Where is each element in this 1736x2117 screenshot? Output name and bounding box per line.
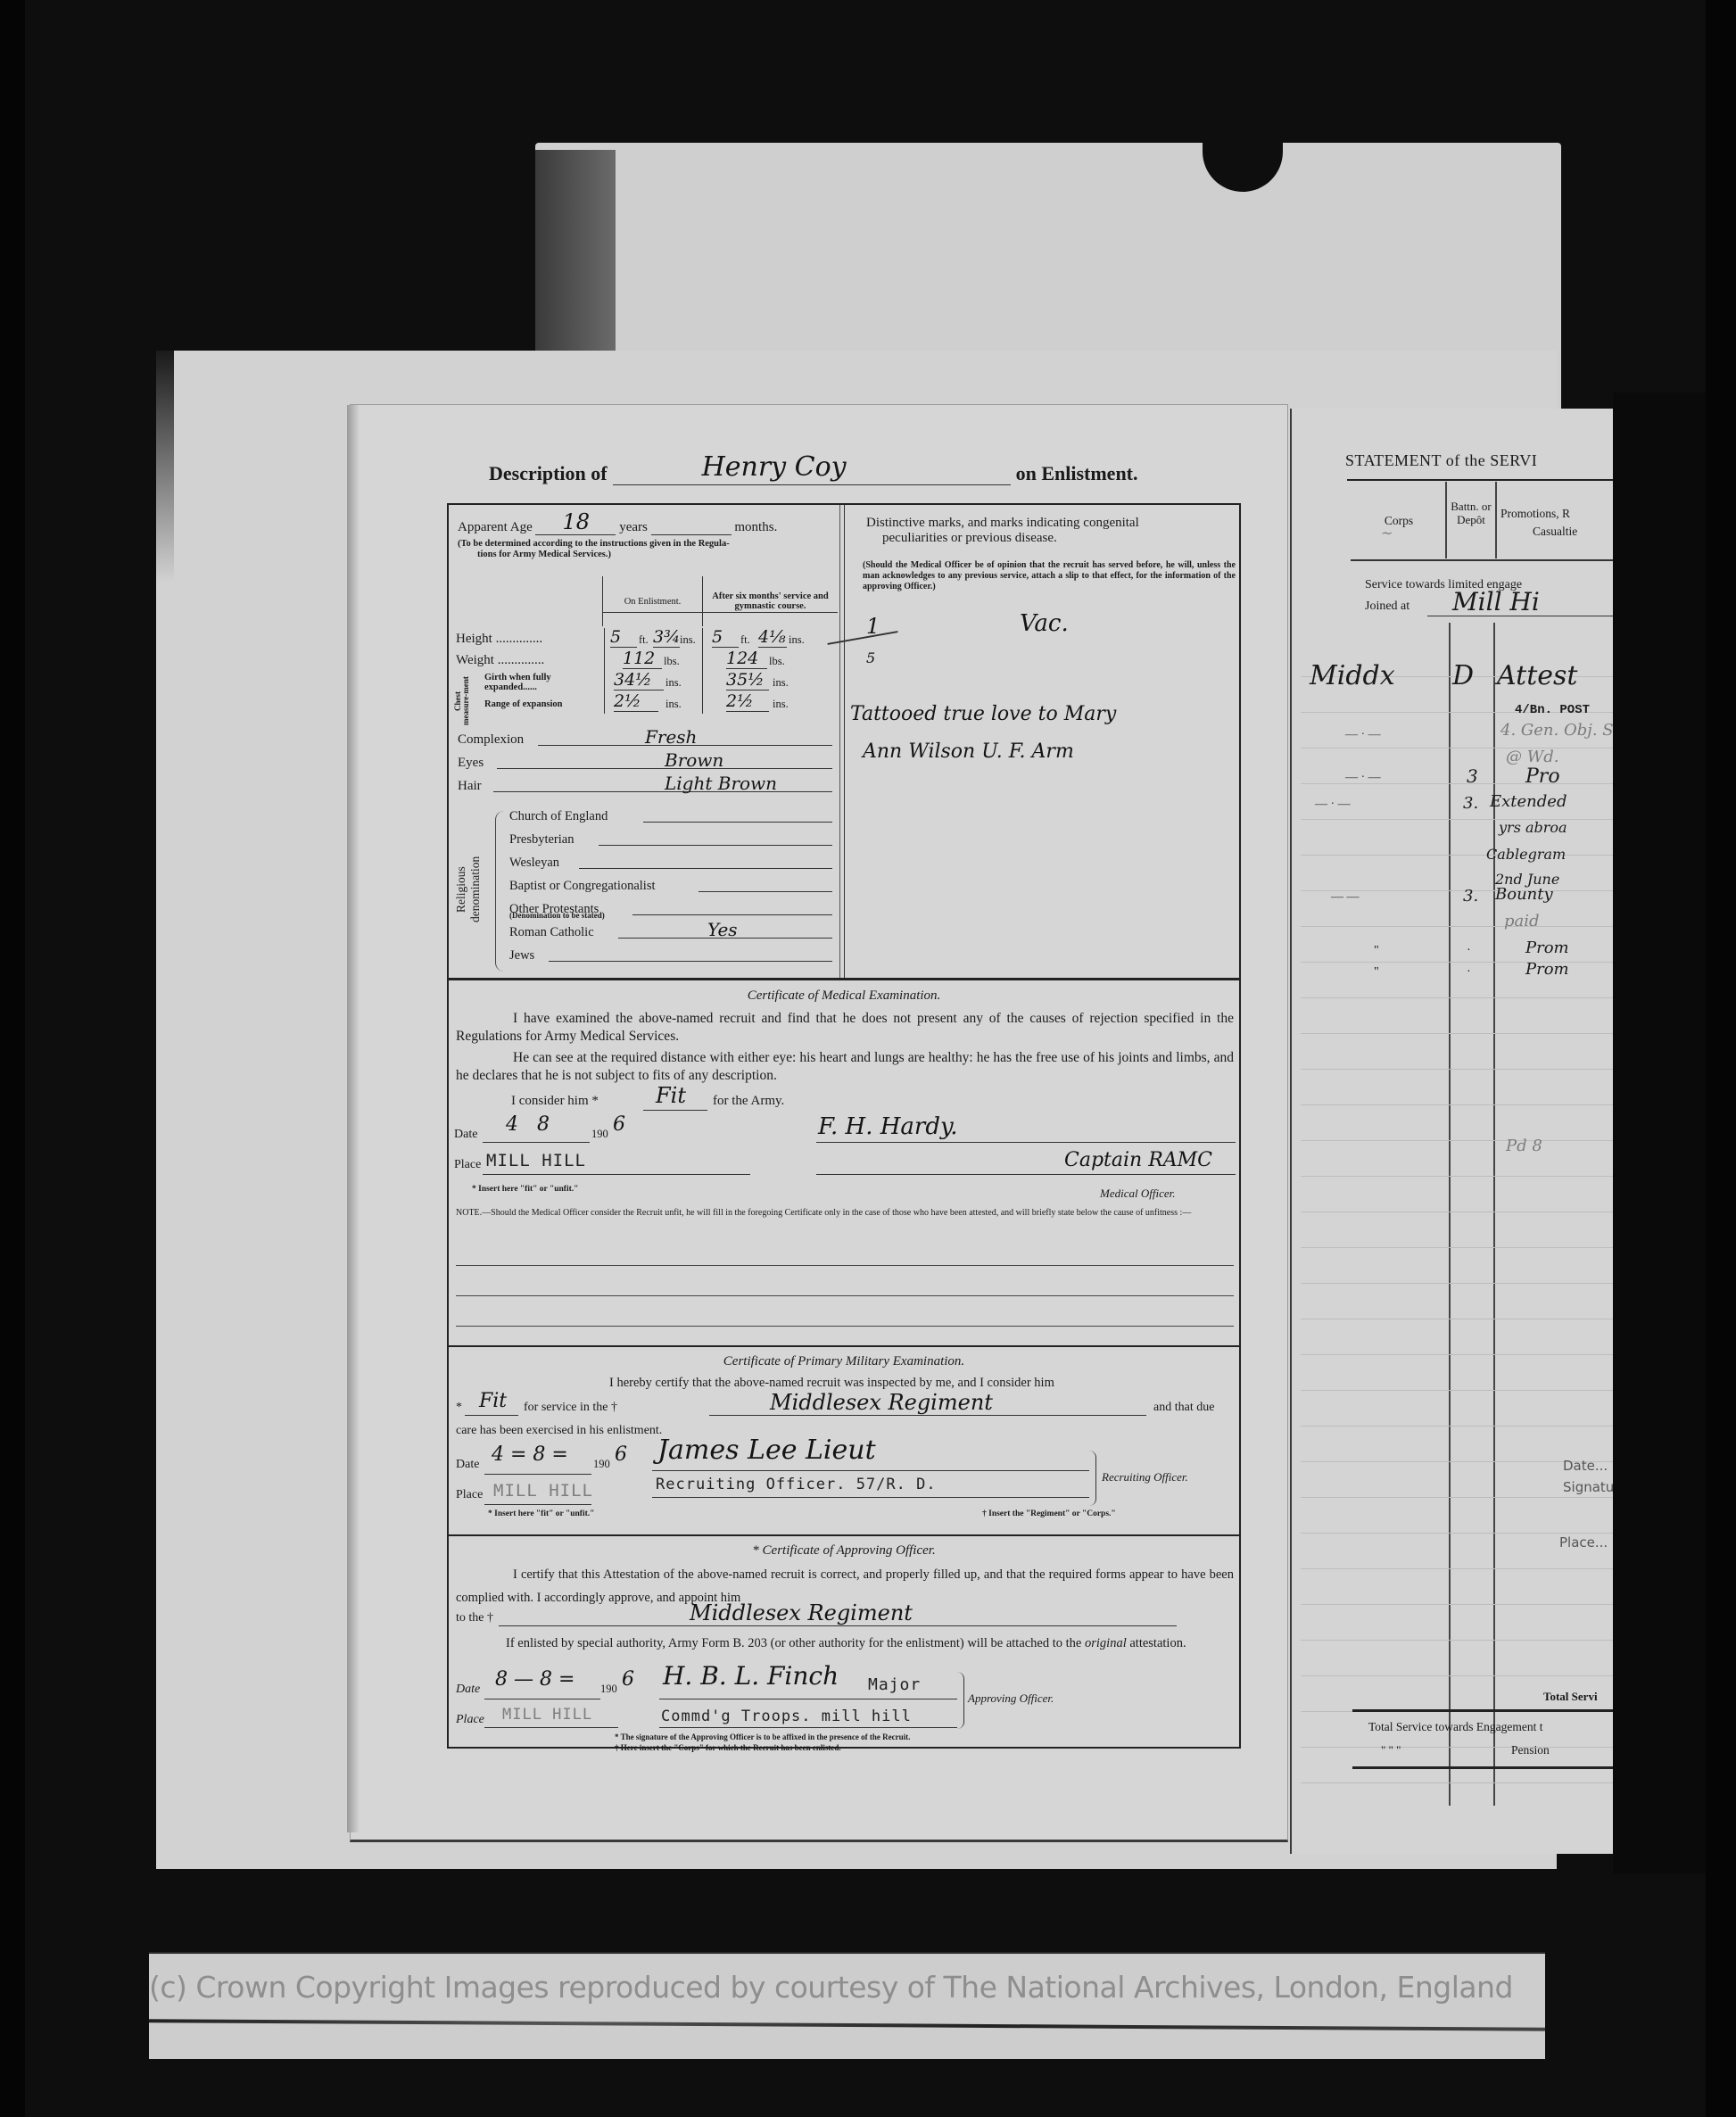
- entry-battn: 3: [1467, 765, 1478, 787]
- expansion-enlistment: 2½: [614, 691, 641, 711]
- regiment-value: Middlesex Regiment: [690, 1600, 913, 1625]
- ruled-line: [1301, 1497, 1613, 1498]
- height-ft-value: 5: [610, 627, 621, 647]
- recruiting-officer-label: Recruiting Officer.: [1102, 1470, 1188, 1484]
- paper-curl: [347, 405, 360, 1832]
- divider: [1351, 559, 1615, 561]
- entry-text: 4/Bn. POST: [1515, 703, 1590, 717]
- height-ft: 5: [610, 627, 637, 648]
- entry-battn: ·: [1467, 965, 1471, 980]
- medical-officer-signature: F. H. Hardy.: [818, 1113, 957, 1140]
- signature-line: [816, 1142, 1236, 1143]
- date-line: [484, 1474, 591, 1475]
- girth-enlistment: 34½: [614, 670, 652, 690]
- place-line: [484, 1727, 618, 1728]
- tattoo-line-2: Ann Wilson U. F. Arm: [863, 740, 1074, 763]
- religion-line: [579, 868, 832, 869]
- copyright-strip: (c) Crown Copyright Images reproduced by…: [149, 1952, 1545, 2059]
- brace: [957, 1672, 964, 1729]
- girth-after-cell: 35½ ins.: [702, 671, 838, 692]
- unfitness-line: [456, 1265, 1234, 1266]
- joined-at-value: Mill Hi: [1452, 587, 1540, 616]
- entry-corps: — —: [1331, 890, 1360, 905]
- complexion-value: Fresh: [645, 726, 697, 748]
- regiment-line: [499, 1625, 1177, 1626]
- ft-label: ft.: [639, 633, 649, 647]
- medical-para-text: He can see at the required distance with…: [456, 1050, 1234, 1083]
- entry-text: Attest: [1497, 660, 1577, 691]
- hair-label: Hair: [458, 779, 482, 794]
- age-note-line: (To be determined according to the instr…: [458, 539, 832, 550]
- entry-corps: Middx: [1310, 660, 1395, 691]
- religion-option: Wesleyan: [509, 850, 832, 873]
- medical-certificate: Certificate of Medical Examination. I ha…: [449, 983, 1239, 1347]
- girth-label: Girth when fully expanded......: [484, 673, 596, 692]
- ruled-line: [1301, 997, 1613, 998]
- height-ins: 4⅛: [758, 627, 787, 648]
- religion-line: [599, 845, 832, 846]
- date-line: [483, 1142, 590, 1143]
- place-label: Place: [454, 1158, 481, 1172]
- ruled-line: [1301, 1140, 1613, 1141]
- brace: [1089, 1451, 1096, 1506]
- expansion-after: 2½: [726, 691, 754, 711]
- entry-text: Cablegram: [1486, 846, 1566, 863]
- unfitness-line: [456, 1295, 1234, 1296]
- weight-after: 124: [726, 649, 758, 668]
- religion-line: [549, 961, 832, 962]
- consider-line: [643, 1110, 707, 1111]
- ruled-line: [1301, 1568, 1613, 1569]
- girth-enlistment-cell: 34½ ins.: [604, 671, 702, 692]
- girth-after: 35½: [726, 670, 765, 690]
- ruled-line: [1301, 1069, 1613, 1070]
- date-label: Date: [454, 1128, 477, 1142]
- header-rule: [602, 612, 838, 613]
- ruled-line: [1301, 1176, 1613, 1177]
- lbs-label: lbs.: [769, 655, 785, 668]
- approving-cert-title: * Certificate of Approving Officer.: [449, 1543, 1239, 1559]
- approving-para-text: I certify that this Attestation of the a…: [456, 1567, 1234, 1605]
- ruled-line: [1301, 1247, 1613, 1248]
- place-value: MILL HILL: [502, 1706, 592, 1724]
- marks-title-line: Distinctive marks, and marks indicating …: [866, 516, 1232, 531]
- recruiting-officer-signature: James Lee Lieut: [657, 1435, 876, 1466]
- religion-option: Baptist or Congregationalist: [509, 873, 832, 897]
- pension-ditto: " " ": [1381, 1743, 1401, 1757]
- stamp-signature: Signatu: [1563, 1479, 1614, 1495]
- attestation-word: attestation.: [1129, 1636, 1186, 1650]
- approving-footnote: † Here insert the "Corps" for which the …: [615, 1743, 841, 1752]
- entry-corps: — · —: [1345, 771, 1381, 785]
- months-label: months.: [734, 520, 777, 534]
- religious-denomination-label: Religious denomination: [454, 836, 492, 943]
- place-line: [483, 1174, 750, 1175]
- rank-line: [816, 1174, 1236, 1175]
- religion-label: Church of England: [509, 809, 608, 824]
- service-statement-page: STATEMENT of the SERVI Corps ~ Battn. or…: [1290, 409, 1613, 1854]
- entry-corps: — · —: [1315, 798, 1351, 812]
- medical-officer-label: Medical Officer.: [1100, 1187, 1175, 1201]
- place-label: Place: [456, 1488, 483, 1502]
- ruled-line: [1301, 1426, 1613, 1426]
- year-prefix: 190: [591, 1128, 608, 1141]
- girth-value: 34½: [614, 670, 664, 691]
- ft-label: ft.: [740, 633, 750, 647]
- expansion-enlistment-cell: 2½ ins.: [604, 692, 702, 714]
- divider: [1352, 1709, 1615, 1712]
- page-title: Description of Henry Coy on Enlistment.: [489, 459, 1203, 485]
- height-ins-value: 4⅛: [758, 627, 786, 647]
- age-months-field: [651, 519, 732, 535]
- recruiting-officer-stamp: Recruiting Officer. 57/R. D.: [656, 1476, 937, 1493]
- col-header-battn: Battn. or Depôt: [1447, 500, 1495, 526]
- stamp-place: Place...: [1559, 1534, 1608, 1551]
- weight-value: 112: [623, 649, 662, 669]
- consider-prefix: I consider him *: [511, 1094, 599, 1109]
- fit-prefix: *: [456, 1401, 462, 1415]
- entry-text: Pro: [1525, 765, 1560, 788]
- ruled-line: [1301, 855, 1613, 856]
- entry-text: @ Wd.: [1506, 748, 1558, 766]
- religion-label: Wesleyan: [509, 856, 559, 871]
- height-enlistment-cell: 5 ft. 3¾ ins.: [604, 628, 702, 649]
- vac-mark: Vac.: [1020, 610, 1069, 637]
- weight-enlistment: 112: [623, 649, 655, 668]
- description-on-enlistment-page: Description of Henry Coy on Enlistment. …: [350, 404, 1288, 1842]
- insert-fit-note: * Insert here "fit" or "unfit.": [472, 1185, 578, 1194]
- medical-para-2: He can see at the required distance with…: [456, 1049, 1234, 1085]
- signature-line: [659, 1699, 957, 1699]
- unfit-note: NOTE.—Should the Medical Officer conside…: [456, 1208, 1234, 1219]
- place-value: MILL HILL: [493, 1481, 593, 1501]
- date-label: Date: [456, 1458, 479, 1472]
- weight-after-cell: 124 lbs.: [702, 649, 838, 671]
- regiment-line: [709, 1415, 1146, 1416]
- torn-edge: [149, 2019, 1545, 2031]
- year-digit: 6: [622, 1668, 634, 1691]
- ruled-line: [1301, 1747, 1613, 1748]
- ruled-line: [1301, 748, 1613, 748]
- ruled-line: [1301, 1283, 1613, 1284]
- backing-shade: [156, 351, 174, 583]
- religion-sub: (Denomination to be stated): [509, 911, 605, 920]
- approving-officer-rank: Major: [868, 1675, 921, 1694]
- paper-notch: [1203, 143, 1283, 192]
- entry-text: 4. Gen. Obj. S: [1500, 721, 1614, 740]
- entry-corps: — · —: [1345, 728, 1381, 742]
- religion-line: [699, 891, 832, 892]
- approving-officer-certificate: * Certificate of Approving Officer. I ce…: [449, 1538, 1239, 1749]
- column-rule: [1449, 623, 1451, 1806]
- approving-para-2: If enlisted by special authority, Army F…: [456, 1633, 1234, 1654]
- medical-officer-rank: Captain RAMC: [1064, 1149, 1212, 1171]
- hair-value: Light Brown: [665, 773, 777, 794]
- divider: [1347, 479, 1615, 481]
- medical-para-text: I have examined the above-named recruit …: [456, 1011, 1234, 1044]
- due-care-label: and that due: [1153, 1401, 1214, 1415]
- entry-corps: ": [1374, 965, 1379, 980]
- medical-cert-title: Certificate of Medical Examination.: [449, 988, 1239, 1004]
- place-line: [484, 1504, 591, 1505]
- expansion-row: Range of expansion 2½ ins. 2½ ins.: [456, 692, 839, 714]
- height-ins: 3¾: [653, 627, 680, 648]
- eyes-row: Eyes Brown: [458, 751, 832, 773]
- ins-label: ins.: [773, 698, 789, 711]
- eyes-value: Brown: [665, 749, 723, 771]
- military-cert-line: I hereby certify that the above-named re…: [609, 1376, 1054, 1391]
- expansion-label: Range of expansion: [484, 699, 563, 709]
- title-prefix: Description of: [489, 462, 608, 485]
- age-years-field: 18: [535, 519, 616, 535]
- hair-row: Hair Light Brown: [458, 774, 832, 796]
- pension-label: Pension: [1511, 1743, 1550, 1757]
- ins-label: ins.: [789, 633, 805, 647]
- entry-text: Bounty: [1495, 885, 1553, 904]
- ruled-line: [1301, 1782, 1613, 1783]
- service-label: for service in the †: [524, 1401, 617, 1415]
- weight-row: Weight .............. 112 lbs. 124 lbs.: [456, 649, 839, 671]
- age-years-value: 18: [562, 509, 590, 534]
- copyright-watermark: (c) Crown Copyright Images reproduced by…: [149, 1970, 1545, 2005]
- scan-edge-right-inner: [1613, 393, 1706, 1873]
- expansion-after-cell: 2½ ins.: [702, 692, 838, 714]
- command-line: [659, 1727, 957, 1728]
- height-ft: 5: [712, 627, 739, 648]
- entry-battn: D: [1452, 660, 1474, 691]
- statement-title: STATEMENT of the SERVI: [1345, 451, 1537, 470]
- entry-text: yrs abroa: [1499, 819, 1567, 836]
- year-prefix: 190: [593, 1458, 610, 1471]
- ruled-line: [1301, 1104, 1613, 1105]
- brace: [495, 811, 504, 972]
- entry-battn: 3.: [1463, 887, 1478, 906]
- to-the-label: to the †: [456, 1611, 493, 1625]
- physical-description-section: Apparent Age 18 years months. (To be det…: [449, 505, 1239, 980]
- height-label: Height ..............: [456, 632, 542, 647]
- hair-line: [493, 791, 832, 792]
- consider-suffix: for the Army.: [713, 1094, 784, 1109]
- col-on-enlistment: On Enlistment.: [602, 576, 702, 626]
- col-header-promotions: Promotions, R: [1500, 507, 1616, 520]
- marks-note: (Should the Medical Officer be of opinio…: [863, 560, 1236, 592]
- religion-line: [632, 914, 832, 915]
- fit-line: [465, 1415, 518, 1416]
- recruit-name: Henry Coy: [702, 451, 847, 483]
- religion-option: Other Protestants (Denomination to be st…: [509, 897, 832, 920]
- approving-officer-label: Approving Officer.: [968, 1691, 1054, 1706]
- fit-value: Fit: [479, 1390, 507, 1412]
- ruled-line: [1301, 1675, 1613, 1676]
- ruled-line: [1301, 1604, 1613, 1605]
- consider-value: Fit: [656, 1083, 686, 1108]
- religion-option: Presbyterian: [509, 827, 832, 850]
- column-rule: [1495, 482, 1497, 558]
- form-box: Apparent Age 18 years months. (To be det…: [447, 503, 1241, 1749]
- entry-battn: 3.: [1463, 794, 1478, 813]
- girth-value: 35½: [726, 670, 769, 691]
- scan-edge-right: [1706, 0, 1736, 2117]
- approving-para-text: If enlisted by special authority, Army F…: [506, 1636, 1081, 1650]
- religion-label: Roman Catholic: [509, 925, 594, 940]
- religion-line: [643, 822, 832, 823]
- insert-regiment-note: † Insert the "Regiment" or "Corps.": [982, 1509, 1116, 1518]
- scan-edge-left: [0, 0, 25, 2117]
- marks-title: Distinctive marks, and marks indicating …: [866, 516, 1232, 546]
- year-digit: 6: [615, 1443, 627, 1466]
- faint-note: Pd 8: [1506, 1137, 1542, 1155]
- approving-footnote: * The signature of the Approving Officer…: [615, 1732, 910, 1741]
- date-label: Date: [456, 1683, 480, 1697]
- physical-measurements: Apparent Age 18 years months. (To be det…: [449, 505, 845, 978]
- approving-officer-signature: H. B. L. Finch: [663, 1661, 839, 1691]
- joined-at-label: Joined at: [1365, 600, 1409, 614]
- year-digit: 6: [613, 1113, 625, 1136]
- original-word: original: [1085, 1636, 1127, 1650]
- approving-officer-command: Commd'g Troops. mill hill: [661, 1708, 912, 1725]
- date-line: [484, 1699, 600, 1699]
- entry-corps: ": [1374, 944, 1379, 958]
- total-service-label: Total Servi: [1543, 1690, 1598, 1704]
- regiment-value: Middlesex Regiment: [770, 1390, 993, 1415]
- height-ins-value: 3¾: [653, 627, 681, 647]
- ruled-line: [1301, 1354, 1613, 1355]
- apparent-age-label: Apparent Age: [458, 520, 533, 534]
- measurement-rows: Height .............. 5 ft. 3¾ ins. 5 ft…: [456, 628, 839, 714]
- ins-label: ins.: [665, 676, 682, 690]
- lbs-label: lbs.: [664, 655, 680, 668]
- weight-enlistment-cell: 112 lbs.: [604, 649, 702, 671]
- weight-label: Weight ..............: [456, 653, 544, 668]
- religion-label: Presbyterian: [509, 832, 574, 848]
- ins-label: ins.: [773, 676, 789, 690]
- entry-text: Prom: [1525, 960, 1569, 979]
- expansion-value: 2½: [726, 691, 769, 712]
- title-suffix: on Enlistment.: [1016, 462, 1138, 485]
- recruit-name-field: Henry Coy: [613, 459, 1011, 485]
- ruled-line: [1301, 1211, 1613, 1212]
- signature-line: [652, 1470, 1089, 1471]
- fraction-bottom: 5: [866, 649, 875, 666]
- ruled-line: [1301, 1533, 1613, 1534]
- date-value: 4 = 8 =: [492, 1443, 568, 1466]
- ruled-line: [1301, 1640, 1613, 1641]
- religion-option: Jews: [509, 943, 832, 966]
- expansion-value: 2½: [614, 691, 658, 712]
- religion-value: Yes: [707, 919, 738, 940]
- year-prefix: 190: [600, 1683, 617, 1696]
- col-header-casualties: Casualtie: [1533, 525, 1622, 538]
- military-cert-line: care has been exercised in his enlistmen…: [456, 1424, 662, 1438]
- ruled-line: [1301, 1033, 1613, 1034]
- stamp-date: Date...: [1563, 1458, 1608, 1474]
- girth-row: Girth when fully expanded...... 34½ ins.…: [456, 671, 839, 692]
- entry-text: Prom: [1525, 939, 1569, 957]
- religion-option-selected: Roman Catholic Yes: [509, 920, 832, 943]
- fraction-top: 1: [866, 614, 880, 639]
- age-note: (To be determined according to the instr…: [458, 539, 832, 560]
- tattoo-line-1: Tattooed true love to Mary: [850, 703, 1116, 725]
- corps-mark: ~: [1381, 525, 1393, 542]
- religion-label: Baptist or Congregationalist: [509, 879, 656, 894]
- date-value: 8 — 8 =: [495, 1668, 575, 1691]
- ruled-line: [1301, 1390, 1613, 1391]
- divider: [1352, 1766, 1615, 1769]
- military-examination-certificate: Certificate of Primary Military Examinat…: [449, 1349, 1239, 1536]
- stamp-line: [652, 1497, 1089, 1498]
- weight-value: 124: [726, 649, 767, 669]
- years-label: years: [619, 520, 648, 534]
- entry-battn: ·: [1467, 944, 1471, 958]
- complexion-row: Complexion Fresh: [458, 728, 832, 749]
- religion-label: Jews: [509, 948, 534, 963]
- ins-label: ins.: [680, 633, 696, 647]
- height-row: Height .............. 5 ft. 3¾ ins. 5 ft…: [456, 628, 839, 649]
- medical-para-1: I have examined the above-named recruit …: [456, 1010, 1234, 1046]
- date-value: 4 8: [506, 1113, 550, 1136]
- eyes-label: Eyes: [458, 756, 484, 771]
- marks-title-line: peculiarities or previous disease.: [866, 531, 1232, 546]
- entry-text: Extended: [1490, 792, 1567, 811]
- height-after-cell: 5 ft. 4⅛ ins.: [702, 628, 838, 649]
- entry-text: paid: [1504, 912, 1540, 930]
- measurement-column-headers: On Enlistment. After six months' service…: [602, 576, 839, 626]
- col-header-corps: Corps: [1354, 514, 1443, 527]
- height-ft-value: 5: [712, 627, 723, 647]
- religious-denomination: Religious denomination Church of England…: [449, 804, 841, 978]
- place-label: Place: [456, 1713, 484, 1727]
- total-engagement-label: Total Service towards Engagement t: [1368, 1720, 1543, 1734]
- ruled-line: [1301, 1319, 1613, 1319]
- col-after-six-months: After six months' service and gymnastic …: [702, 576, 838, 626]
- ins-label: ins.: [665, 698, 682, 711]
- insert-fit-note: * Insert here "fit" or "unfit.": [488, 1509, 594, 1518]
- apparent-age-row: Apparent Age 18 years months.: [458, 519, 832, 535]
- place-value: MILL HILL: [486, 1151, 586, 1170]
- religion-option: Church of England: [509, 804, 832, 827]
- distinctive-marks: Distinctive marks, and marks indicating …: [845, 505, 1239, 978]
- ruled-line: [1301, 926, 1613, 927]
- military-cert-title: Certificate of Primary Military Examinat…: [449, 1354, 1239, 1369]
- complexion-label: Complexion: [458, 732, 524, 748]
- unfitness-line: [456, 1326, 1234, 1327]
- age-note-line: tions for Army Medical Services.): [458, 550, 832, 560]
